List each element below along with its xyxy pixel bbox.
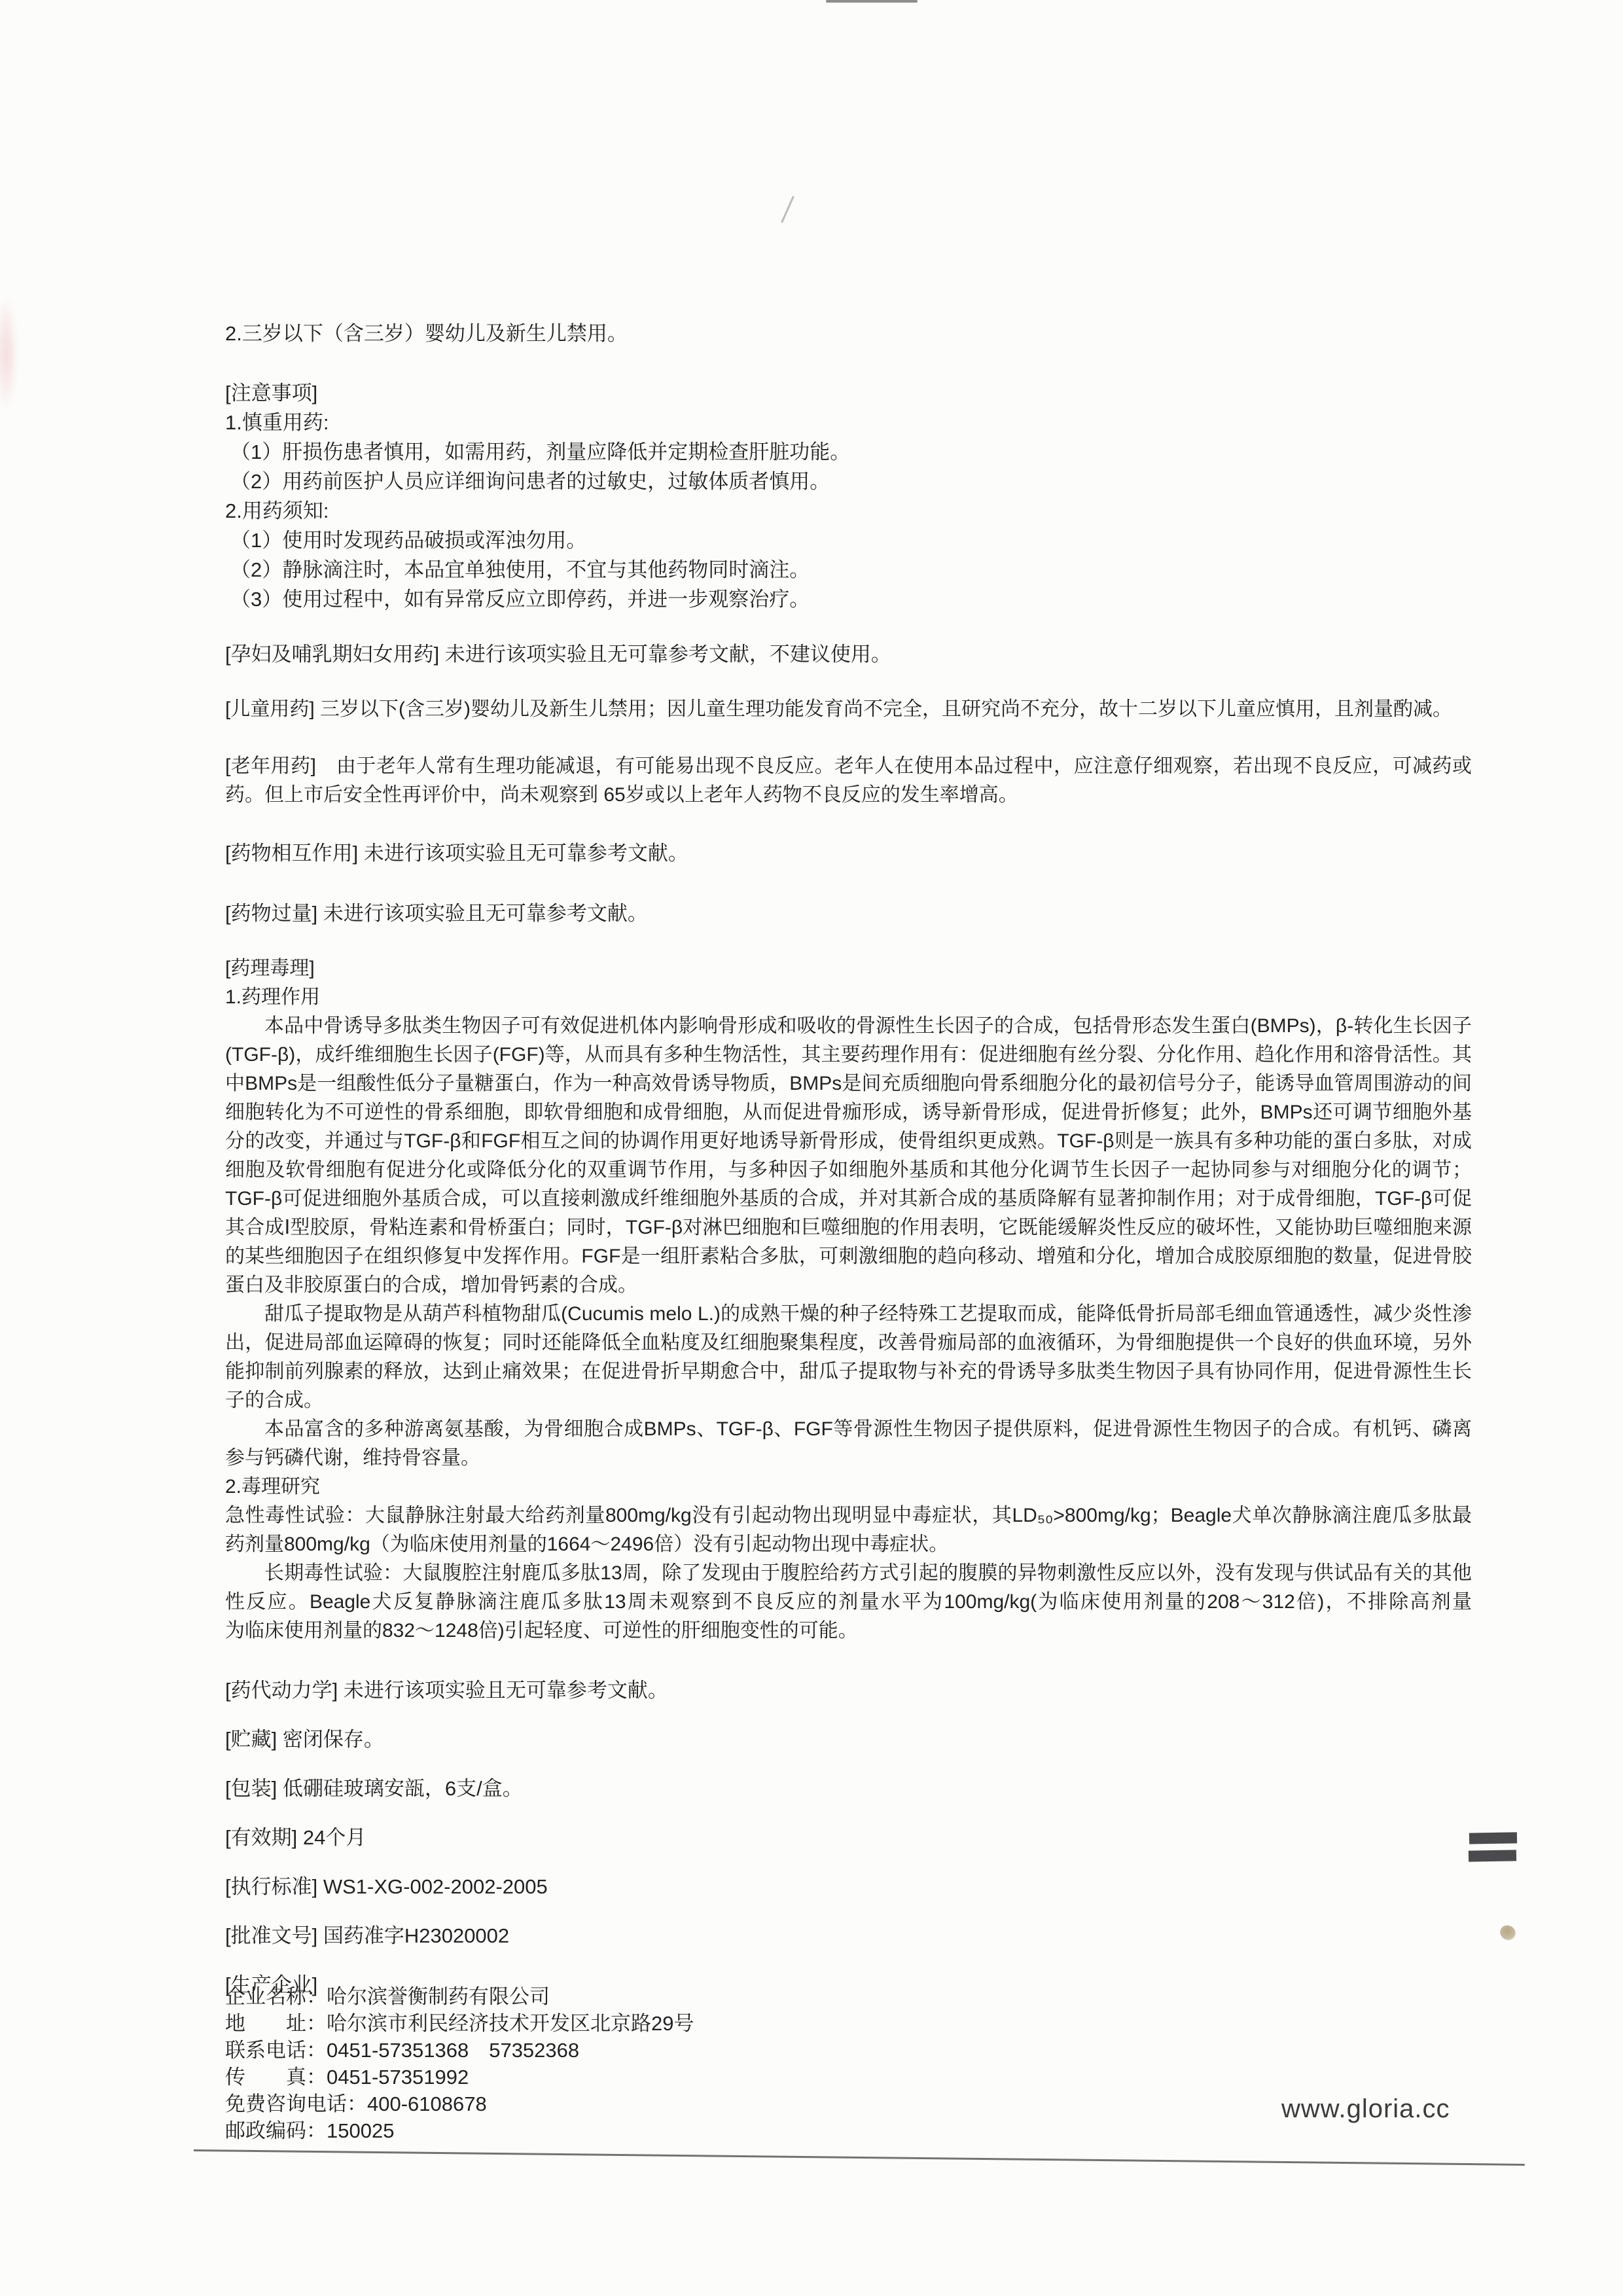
pregnancy-line: [孕妇及哺乳期妇女用药] 未进行该项实验且无可靠参考文献，不建议使用。 bbox=[225, 639, 891, 669]
melon-extract-line: 出，促进局部血运障碍的恢复；同时还能降低全血粘度及红细胞聚集程度，改善骨痂局部的… bbox=[225, 1329, 1472, 1357]
precaution-item: 1.慎重用药: bbox=[225, 408, 850, 437]
precaution-item: （2）用药前医护人员应详细询问患者的过敏史，过敏体质者慎用。 bbox=[225, 467, 850, 496]
interaction-line: [药物相互作用] 未进行该项实验且无可靠参考文献。 bbox=[225, 838, 688, 868]
amino-acid-line: 参与钙磷代谢，维持骨容量。 bbox=[225, 1444, 1472, 1473]
pharmacology-line: 分的改变，并通过与TGF-β和FGF相互之间的协调作用更好地诱导新骨形成，使骨组… bbox=[225, 1127, 1472, 1156]
pharm-tox-section: [药理毒理] 1.药理作用 本品中骨诱导多肽类生物因子可有效促进机体内影响骨形成… bbox=[225, 954, 1472, 1645]
precaution-item: （1）使用时发现药品破损或浑浊勿用。 bbox=[225, 526, 850, 555]
website-text: www.gloria.cc bbox=[1281, 2094, 1450, 2124]
scanned-drug-insert-page: 2.三岁以下（含三岁）婴幼儿及新生儿禁用。 [注意事项] 1.慎重用药: （1）… bbox=[0, 0, 1623, 2296]
melon-extract-line: 甜瓜子提取物是从葫芦科植物甜瓜(Cucumis melo L.)的成熟干燥的种子… bbox=[225, 1300, 1472, 1329]
precaution-item: （1）肝损伤患者慎用，如需用药，剂量应降低并定期检查肝脏功能。 bbox=[225, 437, 850, 467]
pharmacology-line: (TGF-β)，成纤维细胞生长因子(FGF)等，从而具有多种生物活性，其主要药理… bbox=[225, 1041, 1472, 1069]
chronic-toxicity-line: 长期毒性试验：大鼠腹腔注射鹿瓜多肽13周，除了发现由于腹腔给药方式引起的腹膜的异… bbox=[225, 1559, 1472, 1588]
elderly-line: 药。但上市后安全性再评价中，尚未观察到 65岁或以上老年人药物不良反应的发生率增… bbox=[225, 781, 1472, 810]
company-info-line: 邮政编码：150025 bbox=[225, 2117, 694, 2144]
registration-bar bbox=[1469, 1832, 1517, 1844]
top-edge-streak bbox=[826, 0, 918, 3]
acute-toxicity-line: 急性毒性试验：大鼠静脉注射最大给药剂量800mg/kg没有引起动物出现明显中毒症… bbox=[225, 1501, 1472, 1530]
pharmacology-line: 蛋白及非胶原蛋白的合成，增加骨钙素的合成。 bbox=[225, 1271, 1472, 1300]
precautions-section: [注意事项] 1.慎重用药: （1）肝损伤患者慎用，如需用药，剂量应降低并定期检… bbox=[225, 378, 850, 614]
storage-line: [贮藏] 密闭保存。 bbox=[225, 1715, 668, 1764]
bottom-rule bbox=[194, 2149, 1525, 2166]
pharmacology-line: 的某些细胞因子在组织修复中发挥作用。FGF是一组肝素粘合多肽，可刺激细胞的趋向移… bbox=[225, 1242, 1472, 1271]
amino-acid-line: 本品富含的多种游离氨基酸，为骨细胞合成BMPs、TGF-β、FGF等骨源性生物因… bbox=[225, 1415, 1472, 1444]
pharm-tox-header: [药理毒理] bbox=[225, 954, 1472, 983]
melon-extract-line: 子的合成。 bbox=[225, 1386, 1472, 1415]
company-info-line: 联系电话：0451-57351368 57352368 bbox=[225, 2037, 694, 2064]
pharmacology-line: TGF-β可促进细胞外基质合成，可以直接刺激成纤维细胞外基质的合成，并对其新合成… bbox=[225, 1185, 1472, 1213]
paper-speck bbox=[1497, 1922, 1518, 1943]
elderly-paragraph: [老年用药] 由于老年人常有生理功能减退，有可能易出现不良反应。老年人在使用本品… bbox=[225, 752, 1472, 810]
overdose-line: [药物过量] 未进行该项实验且无可靠参考文献。 bbox=[225, 899, 648, 928]
pharmacology-line: 中BMPs是一组酸性低分子量糖蛋白，作为一种高效骨诱导物质，BMPs是间充质细胞… bbox=[225, 1069, 1472, 1098]
standard-line: [执行标准] WS1-XG-002-2002-2005 bbox=[225, 1862, 668, 1911]
pharmacology-line: 细胞转化为不可逆性的骨系细胞，即软骨细胞和成骨细胞，从而促进骨痂形成，诱导新骨形… bbox=[225, 1098, 1472, 1127]
pharmacology-line: 本品中骨诱导多肽类生物因子可有效促进机体内影响骨形成和吸收的骨源性生长因子的合成… bbox=[225, 1012, 1472, 1041]
melon-extract-line: 能抑制前列腺素的释放，达到止痛效果；在促进骨折早期愈合中，甜瓜子提取物与补充的骨… bbox=[225, 1357, 1472, 1386]
company-info-line: 免费咨询电话：400-6108678 bbox=[225, 2090, 694, 2117]
validity-line: [有效期] 24个月 bbox=[225, 1813, 668, 1862]
scratch-mark bbox=[781, 196, 794, 223]
company-info-block: 企业名称：哈尔滨誉衡制药有限公司 地 址：哈尔滨市利民经济技术开发区北京路29号… bbox=[225, 1983, 694, 2144]
approval-line: [批准文号] 国药准字H23020002 bbox=[225, 1911, 668, 1960]
packaging-line: [包装] 低硼硅玻璃安瓿，6支/盒。 bbox=[225, 1764, 668, 1813]
pharmacokinetics-line: [药代动力学] 未进行该项实验且无可靠参考文献。 bbox=[225, 1666, 668, 1715]
children-line: [儿童用药] 三岁以下(含三岁)婴幼儿及新生儿禁用；因儿童生理功能发育尚不完全，… bbox=[225, 695, 1452, 724]
pharmacology-title: 1.药理作用 bbox=[225, 983, 1472, 1012]
precautions-header: [注意事项] bbox=[225, 378, 850, 408]
company-info-line: 传 真：0451-57351992 bbox=[225, 2064, 694, 2090]
precaution-item: （2）静脉滴注时，本品宜单独使用，不宜与其他药物同时滴注。 bbox=[225, 555, 850, 584]
pink-smudge bbox=[0, 298, 17, 409]
company-info-line: 地 址：哈尔滨市利民经济技术开发区北京路29号 bbox=[225, 2010, 694, 2037]
precaution-item: 2.用药须知: bbox=[225, 496, 850, 526]
pharmacology-line: 细胞及软骨细胞有促进分化或降低分化的双重调节作用，与多种因子如细胞外基质和其他分… bbox=[225, 1156, 1472, 1185]
pharmacology-line: 其合成Ⅰ型胶原，骨粘连素和骨桥蛋白；同时，TGF-β对淋巴细胞和巨噬细胞的作用表… bbox=[225, 1213, 1472, 1242]
chronic-toxicity-line: 为临床使用剂量的832～1248倍)引起轻度、可逆性的肝细胞变性的可能。 bbox=[225, 1617, 1472, 1645]
toxicology-title: 2.毒理研究 bbox=[225, 1473, 1472, 1501]
acute-toxicity-line: 药剂量800mg/kg（为临床使用剂量的1664～2496倍）没有引起动物出现中… bbox=[225, 1530, 1472, 1559]
footer-bracket-sections: [药代动力学] 未进行该项实验且无可靠参考文献。 [贮藏] 密闭保存。 [包装]… bbox=[225, 1666, 668, 2009]
intro-line: 2.三岁以下（含三岁）婴幼儿及新生儿禁用。 bbox=[225, 319, 628, 348]
chronic-toxicity-line: 性反应。Beagle犬反复静脉滴注鹿瓜多肽13周未观察到不良反应的剂量水平为10… bbox=[225, 1588, 1472, 1617]
company-info-line: 企业名称：哈尔滨誉衡制药有限公司 bbox=[225, 1983, 694, 2010]
precaution-item: （3）使用过程中，如有异常反应立即停药，并进一步观察治疗。 bbox=[225, 584, 850, 614]
registration-bar bbox=[1469, 1850, 1516, 1861]
elderly-line: [老年用药] 由于老年人常有生理功能减退，有可能易出现不良反应。老年人在使用本品… bbox=[225, 752, 1472, 781]
